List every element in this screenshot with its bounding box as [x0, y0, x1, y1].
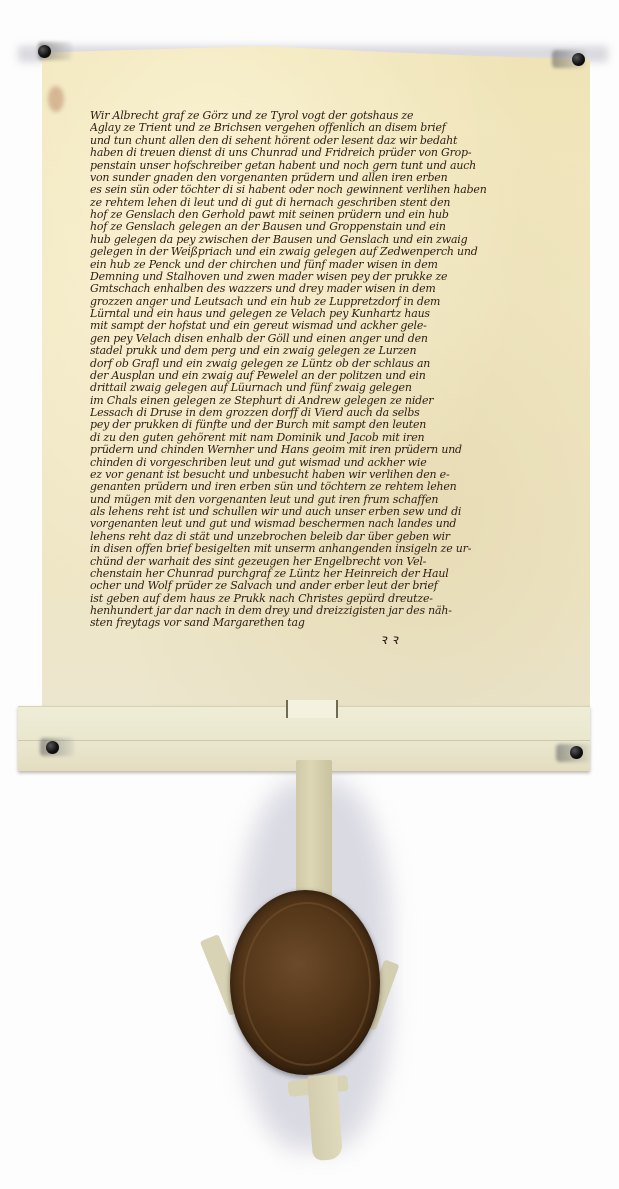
seal-strap — [296, 760, 332, 900]
text-line: gelegen in der Weißpriach und ein zwaig … — [90, 246, 541, 258]
text-line: lehens reht daz di stät und unzebrochen … — [90, 531, 541, 543]
parchment-stain — [48, 86, 64, 112]
seal-strap-tail — [307, 1074, 343, 1161]
wax-seal-rim — [243, 902, 371, 1066]
text-line: und mügen mit den vorgenanten leut und g… — [90, 494, 541, 506]
text-line: penstain unser hofschreiber getan habent… — [90, 160, 541, 172]
text-line: ocher und Wolf prüder ze Salvach und and… — [90, 580, 541, 592]
text-line: Lürntal und ein haus und gelegen ze Vela… — [90, 308, 541, 320]
text-line: ez vor genant ist besucht und unbesucht … — [90, 469, 541, 481]
text-line: henhundert jar dar nach in dem drey und … — [90, 605, 541, 617]
text-line: mit sampt der hofstat und ein gereut wis… — [90, 320, 541, 332]
text-line: und tun chunt allen den di sehent hörent… — [90, 135, 541, 147]
text-line: hub gelegen da pey zwischen der Bausen u… — [90, 234, 541, 246]
text-line: von sunder gnaden den vorgenanten prüder… — [90, 172, 541, 184]
text-line: im Chals einen gelegen ze Stephurt di An… — [90, 395, 541, 407]
text-line: vorgenanten leut und gut und wismad besc… — [90, 518, 541, 530]
charter-text: Wir Albrecht graf ze Görz und ze Tyrol v… — [90, 110, 550, 630]
notary-signum: ꝛ ꝛ — [380, 630, 398, 649]
text-line: der Ausplan und ein zwaig auf Pewelel an… — [90, 370, 541, 382]
text-line: chünd der warhait des sint gezeugen her … — [90, 556, 541, 568]
pin-bottom-right-icon — [570, 746, 583, 759]
text-line: stadel prukk und dem perg und ein zwaig … — [90, 345, 541, 357]
pin-top-left-icon — [38, 45, 51, 58]
text-line: hof ze Genslach gelegen an der Bausen un… — [90, 221, 541, 233]
text-line: genanten prüdern und iren erben sün und … — [90, 481, 541, 493]
text-line: chenstain her Chunrad purchgraf ze Lüntz… — [90, 568, 541, 580]
text-line: grozzen anger und Leutsach und ein hub z… — [90, 296, 541, 308]
text-line: gen pey Velach disen enhalb der Göll und… — [90, 333, 541, 345]
text-line: Wir Albrecht graf ze Görz und ze Tyrol v… — [90, 110, 541, 122]
text-line: hof ze Genslach den Gerhold pawt mit sei… — [90, 209, 541, 221]
text-line: pey der prukken di fünfte und der Burch … — [90, 419, 541, 431]
text-line: prüdern und chinden Wernher und Hans geo… — [90, 444, 541, 456]
fold-crease — [18, 740, 590, 741]
text-line: in disen offen brief besigelten mit unse… — [90, 543, 541, 555]
text-line: Gmtschach enhalben des wazzers und drey … — [90, 283, 541, 295]
text-line: haben di treuen dienst di uns Chunrad un… — [90, 147, 541, 159]
pin-top-right-icon — [572, 53, 585, 66]
text-line: di zu den guten gehörent mit nam Dominik… — [90, 432, 541, 444]
text-line: Lessach di Druse in dem grozzen dorff di… — [90, 407, 541, 419]
text-line: Demning und Stalhoven und zwen mader wis… — [90, 271, 541, 283]
text-line: Aglay ze Trient und ze Brichsen vergehen… — [90, 122, 541, 134]
text-line: es sein sün oder töchter di si habent od… — [90, 184, 541, 196]
text-line: als lehens reht ist und schullen wir und… — [90, 506, 541, 518]
text-line: drittail zwaig gelegen auf Lüurnach und … — [90, 382, 541, 394]
text-line: ze rehtem lehen di leut und di gut di he… — [90, 197, 541, 209]
seal-strap-slot — [286, 700, 338, 718]
pin-bottom-left-icon — [46, 741, 59, 754]
text-line: ist geben auf dem haus ze Prukk nach Chr… — [90, 593, 541, 605]
text-line: sten freytags vor sand Margarethen tag — [90, 617, 541, 629]
text-line: chinden di vorgeschriben leut und gut wi… — [90, 457, 541, 469]
text-line: dorf ob Grafl und ein zwaig gelegen ze L… — [90, 358, 541, 370]
text-line: ein hub ze Penck und der chirchen und fü… — [90, 259, 541, 271]
